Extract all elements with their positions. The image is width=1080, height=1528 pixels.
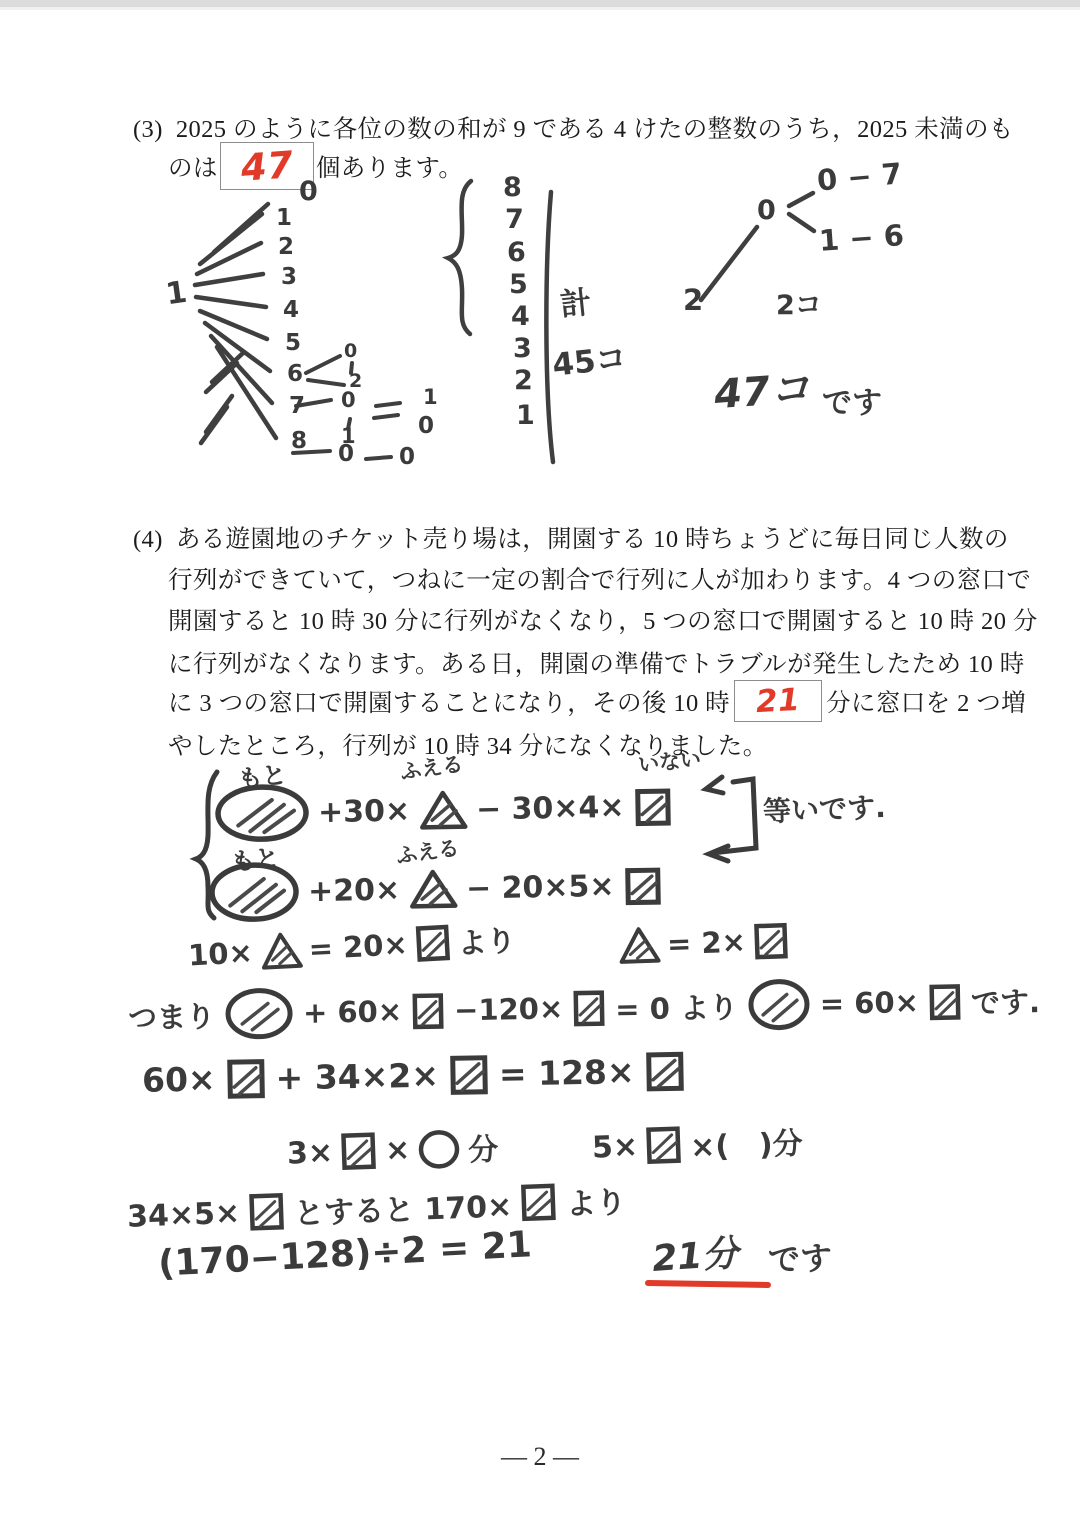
problem4-line4: に行列がなくなります。ある日，開園の準備でトラブルが発生したため 10 時 [168, 645, 1025, 680]
p3-fan-lines [195, 204, 276, 443]
p4-rowE-a: 3× [286, 1135, 333, 1172]
p4-rowB-right: = 2× [617, 919, 789, 967]
p3-count: 6 [507, 237, 526, 268]
problem3-answer-handwritten: 47 [239, 143, 294, 190]
p4-rowC-e: = 60× [820, 985, 920, 1021]
p4-rowD-b: + 34×2× [275, 1055, 439, 1097]
p3-branch-digit: 5 [285, 330, 301, 356]
p3-branch-digit: 2 [278, 234, 294, 260]
problem4-label: (4) [133, 526, 163, 553]
p4-rowD: 60× + 34×2× = 128× [142, 1047, 686, 1102]
p3-count: 4 [511, 301, 530, 332]
p3-right-root: 2 [683, 283, 703, 317]
p4-rowC: つまり + 60× −120× = 0 より = 60× です. [128, 974, 1041, 1042]
p4-rowE-c: 分 [467, 1124, 499, 1169]
scratch-strokes-layer [0, 0, 1080, 1528]
scan-edge-top-light [0, 7, 1080, 10]
hatched-square-icon [247, 1189, 287, 1234]
p3-branch-digit: 8 [291, 428, 307, 454]
hatched-square-icon [519, 1180, 559, 1225]
hatched-triangle-icon [617, 924, 660, 967]
p4-eq2-term2: − 20×5× [466, 868, 615, 906]
p4-rowC-f: です. [971, 980, 1041, 1022]
p4-rowG-suffix: です [767, 1233, 833, 1281]
problem4-line5: に 3 つの窓口で開園することになり，その後 10 時 21 分に窓口を 2 つ… [168, 678, 1026, 724]
p3-branch-digit: 3 [281, 264, 297, 290]
hatched-square-icon [928, 980, 963, 1023]
p4-rowB-b: = 20× [308, 927, 409, 966]
p4-rowB-left: 10× = 20× より [187, 917, 516, 976]
p4-rowD-a: 60× [142, 1059, 216, 1099]
hatched-square-icon [447, 1051, 490, 1098]
p3-right-zero: 0 [757, 195, 776, 226]
scanned-test-page: { "page": { "number": "— 2 —" }, "proble… [0, 0, 1080, 1528]
problem4-line3: 開園すると 10 時 30 分に行列がなくなり，5 つの窓口で開園すると 10 … [168, 602, 1038, 637]
hatched-triangle-icon [408, 866, 459, 913]
p4-rowF-a: 34×5× [127, 1195, 241, 1234]
p3-sub8-b: 0 [399, 444, 415, 470]
p3-top-zero: 0 [299, 176, 318, 207]
p4-rowF: 34×5× とすると 170× より [126, 1177, 626, 1238]
p4-rowF-c: より [565, 1177, 626, 1223]
problem3-line2-pre: のは [168, 149, 218, 184]
p3-branch-digit: 1 [276, 205, 292, 231]
p4-rowG-answer-red: 21分 [650, 1225, 739, 1282]
p4-rowE-left: 3× × 分 [286, 1124, 499, 1175]
hatched-oval-icon [214, 782, 311, 844]
p4-rowF-b: とすると 170× [293, 1181, 513, 1233]
p3-right-answer-red: 47コ [712, 357, 811, 421]
circle-icon [416, 1126, 462, 1172]
hatched-triangle-icon [418, 787, 469, 834]
problem4-line1: (4) ある遊園地のチケット売り場は，開園する 10 時ちょうどに毎日同じ人数の [133, 520, 1009, 555]
p3-branch-digit: 6 [287, 361, 303, 387]
p4-rowE-right: 5× ×( )分 [591, 1118, 803, 1169]
p4-rowB-d: = 2× [666, 925, 746, 962]
problem3-line1-text: 2025 のように各位の数の和が 9 である 4 けたの整数のうち，2025 未… [176, 116, 1014, 143]
p4-eq1-term1: +30× [318, 793, 411, 830]
scan-edge-top [0, 0, 1080, 7]
p3-brace-and-bar [448, 181, 553, 462]
p3-right-answer-suffix: です [822, 378, 882, 422]
problem4-line5-pre: に 3 つの窓口で開園することになり，その後 10 時 [168, 684, 730, 719]
hatched-square-icon [644, 1123, 684, 1168]
hatched-triangle-icon [259, 929, 303, 973]
problem3-line1: (3) 2025 のように各位の数の和が 9 である 4 けたの整数のうち，20… [133, 110, 1014, 145]
hatched-oval-icon [207, 860, 300, 924]
p3-right-branch2: 1 − 6 [818, 218, 905, 258]
problem4-answer-handwritten: 21 [755, 682, 801, 720]
p4-eq2-term1: +20× [308, 872, 401, 909]
page-number: — 2 — [0, 1442, 1080, 1472]
p4-rowC-b: + 60× [303, 994, 403, 1030]
p3-count: 1 [516, 400, 535, 431]
problem3-line2-post: 個あります。 [316, 149, 463, 184]
hatched-oval-icon [224, 987, 295, 1040]
p4-equation1: +30× − 30×4× [214, 776, 673, 844]
p3-total-label: 計 [558, 277, 594, 325]
p3-right-branch1: 0 − 7 [816, 156, 903, 197]
p3-count: 2 [514, 365, 533, 396]
p4-eq1-term2: − 30×4× [476, 789, 625, 827]
p3-sub7-d: 0 [418, 413, 434, 439]
p3-count: 5 [509, 269, 528, 300]
p4-rowD-c: = 128× [499, 1052, 635, 1093]
problem4-line2: 行列ができていて，つねに一定の割合で行列に人が加わります。4 つの窓口で [168, 561, 1031, 596]
p3-root-digit: 1 [164, 275, 190, 313]
hatched-square-icon [339, 1129, 379, 1174]
p3-sub8-a: 0 [338, 441, 354, 467]
hatched-square-icon [643, 1047, 686, 1094]
hatched-square-icon [411, 989, 446, 1032]
p4-rowE-d: 5× [591, 1129, 638, 1166]
problem3-label: (3) [133, 116, 163, 143]
p3-count: 7 [505, 204, 524, 235]
p3-right-count: 2コ [776, 283, 822, 322]
problem4-line5-post: 分に窓口を 2 つ増 [826, 684, 1026, 719]
p3-branch-digit: 7 [289, 393, 305, 419]
hatched-square-icon [752, 919, 789, 962]
p3-sub7-a: 0 [341, 388, 356, 412]
p3-sub6-a: 0 [344, 340, 357, 362]
p3-sub7-c: 1 [423, 385, 438, 409]
hatched-square-icon [632, 784, 673, 829]
hatched-square-icon [572, 987, 607, 1030]
p4-note-equal: 等いです. [762, 786, 886, 830]
p4-rowC-a: つまり [128, 994, 216, 1037]
p3-branch-digit: 4 [283, 297, 299, 323]
p4-rowB-a: 10× [187, 935, 253, 972]
p4-equation2: +20× − 20×5× [207, 854, 663, 924]
p4-answer-underline [648, 1283, 768, 1285]
hatched-square-icon [224, 1055, 267, 1102]
p4-rowE-b: × [384, 1132, 410, 1168]
p3-count: 3 [513, 333, 532, 364]
p4-label-inai: いない [637, 743, 703, 779]
hatched-square-icon [622, 863, 663, 908]
p4-rowC-d: = 0 より [615, 985, 738, 1028]
problem4-line1-text: ある遊園地のチケット売り場は，開園する 10 時ちょうどに毎日同じ人数の [176, 526, 1009, 553]
problem4-answer-box: 21 [734, 680, 822, 722]
p4-rowE-e: ×( )分 [689, 1118, 803, 1166]
p3-total-value: 45コ [550, 332, 628, 385]
hatched-square-icon [414, 921, 452, 965]
p4-rowC-c: −120× [454, 991, 564, 1027]
hatched-oval-icon [746, 978, 811, 1031]
p4-rowB-c: より [457, 918, 517, 962]
p3-count: 8 [503, 172, 522, 203]
p4-equal-bracket-arrow [706, 777, 756, 861]
